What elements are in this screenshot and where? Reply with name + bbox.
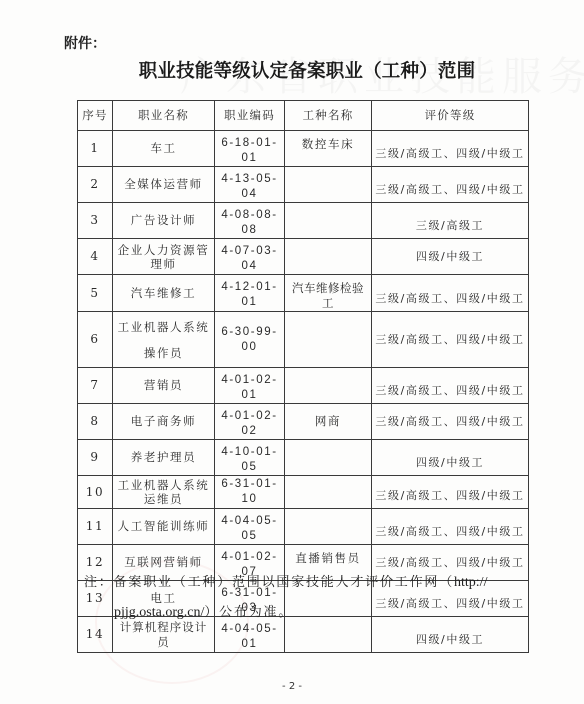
- header-occupation-name: 职业名称: [113, 101, 215, 131]
- row-evaluation-level: 三级/高级工、四级/中级工: [372, 476, 529, 509]
- row-evaluation-level: 四级/中级工: [372, 440, 529, 476]
- row-evaluation-level: 三级/高级工、四级/中级工: [372, 368, 529, 404]
- table-header-row: 序号 职业名称 职业编码 工种名称 评价等级: [78, 101, 529, 131]
- footnote-line-1: 注：备案职业（工种）范围以国家技能人才评价工作网（http://: [84, 568, 524, 598]
- row-job-type: [285, 509, 372, 545]
- row-occupation-name: 全媒体运营师: [113, 167, 215, 203]
- row-no: 11: [78, 509, 113, 545]
- footnote: 注：备案职业（工种）范围以国家技能人才评价工作网（http:// pjjg.os…: [84, 568, 524, 628]
- footnote-prefix: 注：: [84, 575, 114, 590]
- footnote-suffix: ）公布为准。: [204, 605, 293, 620]
- header-no: 序号: [78, 101, 113, 131]
- header-evaluation-level: 评价等级: [372, 101, 529, 131]
- row-occupation-name: 营销员: [113, 368, 215, 404]
- table-row: 8 电子商务师 4-01-02-02 网商 三级/高级工、四级/中级工: [78, 404, 529, 440]
- row-job-type: [285, 239, 372, 275]
- row-job-type: [285, 203, 372, 239]
- attachment-label: 附件：: [64, 33, 106, 53]
- row-job-type: 数控车床: [285, 131, 372, 167]
- table-row: 5 汽车维修工 4-12-01-01 汽车维修检验工 三级/高级工、四级/中级工: [78, 275, 529, 312]
- row-evaluation-level: 三级/高级工、四级/中级工: [372, 509, 529, 545]
- header-job-type: 工种名称: [285, 101, 372, 131]
- table-row: 11 人工智能训练师 4-04-05-05 三级/高级工、四级/中级工: [78, 509, 529, 545]
- row-occupation-code: 6-31-01-10: [215, 476, 285, 509]
- footnote-url-part-2[interactable]: pjjg.osta.org.cn/: [114, 605, 204, 620]
- table-row: 7 营销员 4-01-02-01 三级/高级工、四级/中级工: [78, 368, 529, 404]
- row-occupation-name: 广告设计师: [113, 203, 215, 239]
- row-occupation-code: 4-07-03-04: [215, 239, 285, 275]
- row-occupation-name: 电子商务师: [113, 404, 215, 440]
- row-evaluation-level: 三级/高级工: [372, 203, 529, 239]
- row-job-type: [285, 476, 372, 509]
- row-occupation-name: 工业机器人系统运维员: [113, 476, 215, 509]
- row-job-type: [285, 368, 372, 404]
- row-no: 5: [78, 275, 113, 312]
- table-row: 9 养老护理员 4-10-01-05 四级/中级工: [78, 440, 529, 476]
- row-evaluation-level: 三级/高级工、四级/中级工: [372, 312, 529, 368]
- row-occupation-code: 4-04-05-05: [215, 509, 285, 545]
- row-occupation-code: 4-08-08-08: [215, 203, 285, 239]
- row-no: 6: [78, 312, 113, 368]
- row-occupation-name: 企业人力资源管理师: [113, 239, 215, 275]
- row-occupation-code: 4-01-02-02: [215, 404, 285, 440]
- row-no: 10: [78, 476, 113, 509]
- row-no: 3: [78, 203, 113, 239]
- row-occupation-code: 4-10-01-05: [215, 440, 285, 476]
- row-no: 8: [78, 404, 113, 440]
- row-job-type: 网商: [285, 404, 372, 440]
- row-occupation-name: 工业机器人系统操作员: [113, 312, 215, 368]
- row-occupation-name: 汽车维修工: [113, 275, 215, 312]
- row-no: 1: [78, 131, 113, 167]
- row-no: 4: [78, 239, 113, 275]
- page-number: - 2 -: [0, 681, 584, 692]
- footnote-text: 备案职业（工种）范围以国家技能人才评价工作网（: [114, 575, 454, 590]
- document-title: 职业技能等级认定备案职业（工种）范围: [0, 57, 584, 83]
- table-row: 2 全媒体运营师 4-13-05-04 三级/高级工、四级/中级工: [78, 167, 529, 203]
- table-row: 4 企业人力资源管理师 4-07-03-04 四级/中级工: [78, 239, 529, 275]
- row-occupation-code: 6-18-01-01: [215, 131, 285, 167]
- footnote-url-part-1[interactable]: http://: [454, 575, 487, 590]
- row-evaluation-level: 三级/高级工、四级/中级工: [372, 131, 529, 167]
- table-row: 1 车工 6-18-01-01 数控车床 三级/高级工、四级/中级工: [78, 131, 529, 167]
- row-occupation-name: 人工智能训练师: [113, 509, 215, 545]
- row-occupation-name: 车工: [113, 131, 215, 167]
- header-occupation-code: 职业编码: [215, 101, 285, 131]
- row-no: 9: [78, 440, 113, 476]
- row-job-type: [285, 312, 372, 368]
- row-evaluation-level: 四级/中级工: [372, 239, 529, 275]
- row-no: 2: [78, 167, 113, 203]
- row-occupation-code: 6-30-99-00: [215, 312, 285, 368]
- row-occupation-code: 4-12-01-01: [215, 275, 285, 312]
- table-row: 6 工业机器人系统操作员 6-30-99-00 三级/高级工、四级/中级工: [78, 312, 529, 368]
- row-evaluation-level: 三级/高级工、四级/中级工: [372, 167, 529, 203]
- row-occupation-name: 养老护理员: [113, 440, 215, 476]
- table-row: 10 工业机器人系统运维员 6-31-01-10 三级/高级工、四级/中级工: [78, 476, 529, 509]
- row-occupation-code: 4-13-05-04: [215, 167, 285, 203]
- row-evaluation-level: 三级/高级工、四级/中级工: [372, 404, 529, 440]
- row-job-type: 汽车维修检验工: [285, 275, 372, 312]
- row-occupation-code: 4-01-02-01: [215, 368, 285, 404]
- footnote-line-2: pjjg.osta.org.cn/）公布为准。: [84, 598, 524, 628]
- row-evaluation-level: 三级/高级工、四级/中级工: [372, 275, 529, 312]
- row-job-type: [285, 167, 372, 203]
- row-no: 7: [78, 368, 113, 404]
- row-job-type: [285, 440, 372, 476]
- table-row: 3 广告设计师 4-08-08-08 三级/高级工: [78, 203, 529, 239]
